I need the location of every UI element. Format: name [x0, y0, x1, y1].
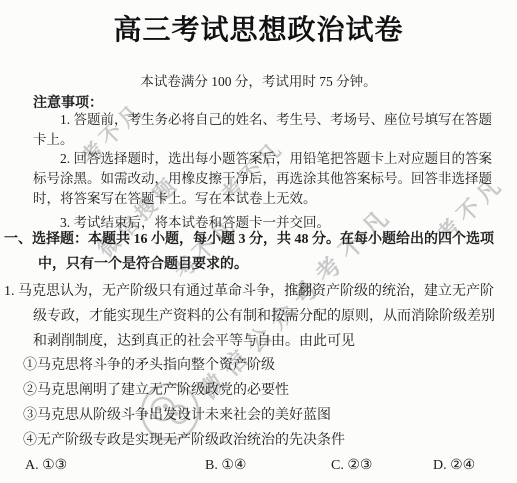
exam-info-line: 本试卷满分 100 分，考试用时 75 分钟。 — [0, 70, 517, 90]
choice-b: B. ①④ — [205, 454, 331, 479]
statement-1: ①马克思将斗争的矛头指向整个资产阶级 — [23, 354, 507, 379]
exam-paper-page: 考不凡 微信搜题 考不凡 考不凡 微信公众号考不凡 考不凡 高三考试思想政治试卷… — [0, 0, 517, 483]
question-1-statements: ①马克思将斗争的矛头指向整个资产阶级 ②马克思阐明了建立无产阶级政党的必要性 ③… — [4, 354, 507, 453]
notice-heading: 注意事项： — [33, 92, 103, 112]
statement-3: ③马克思从阶级斗争出发设计未来社会的美好蓝图 — [23, 404, 507, 429]
choice-c: C. ②③ — [331, 454, 433, 479]
statement-4: ④无产阶级专政是实现无产阶级政治统治的先决条件 — [23, 429, 507, 454]
statement-2: ②马克思阐明了建立无产阶级政党的必要性 — [23, 379, 507, 404]
choice-d: D. ②④ — [433, 454, 507, 479]
exam-title: 高三考试思想政治试卷 — [0, 8, 517, 48]
wechat-logo-watermark — [138, 380, 202, 444]
choice-a: A. ①③ — [25, 454, 205, 479]
section-1-heading: 一、选择题：本题共 16 小题，每小题 3 分，共 48 分。在每小题给出的四个… — [4, 227, 507, 277]
answer-options-row: A. ①③ B. ①④ C. ②③ D. ②④ — [4, 454, 507, 479]
question-1: 1. 马克思认为，无产阶级只有通过革命斗争，推翻资产阶级的统治，建立无产阶级专政… — [4, 280, 507, 478]
